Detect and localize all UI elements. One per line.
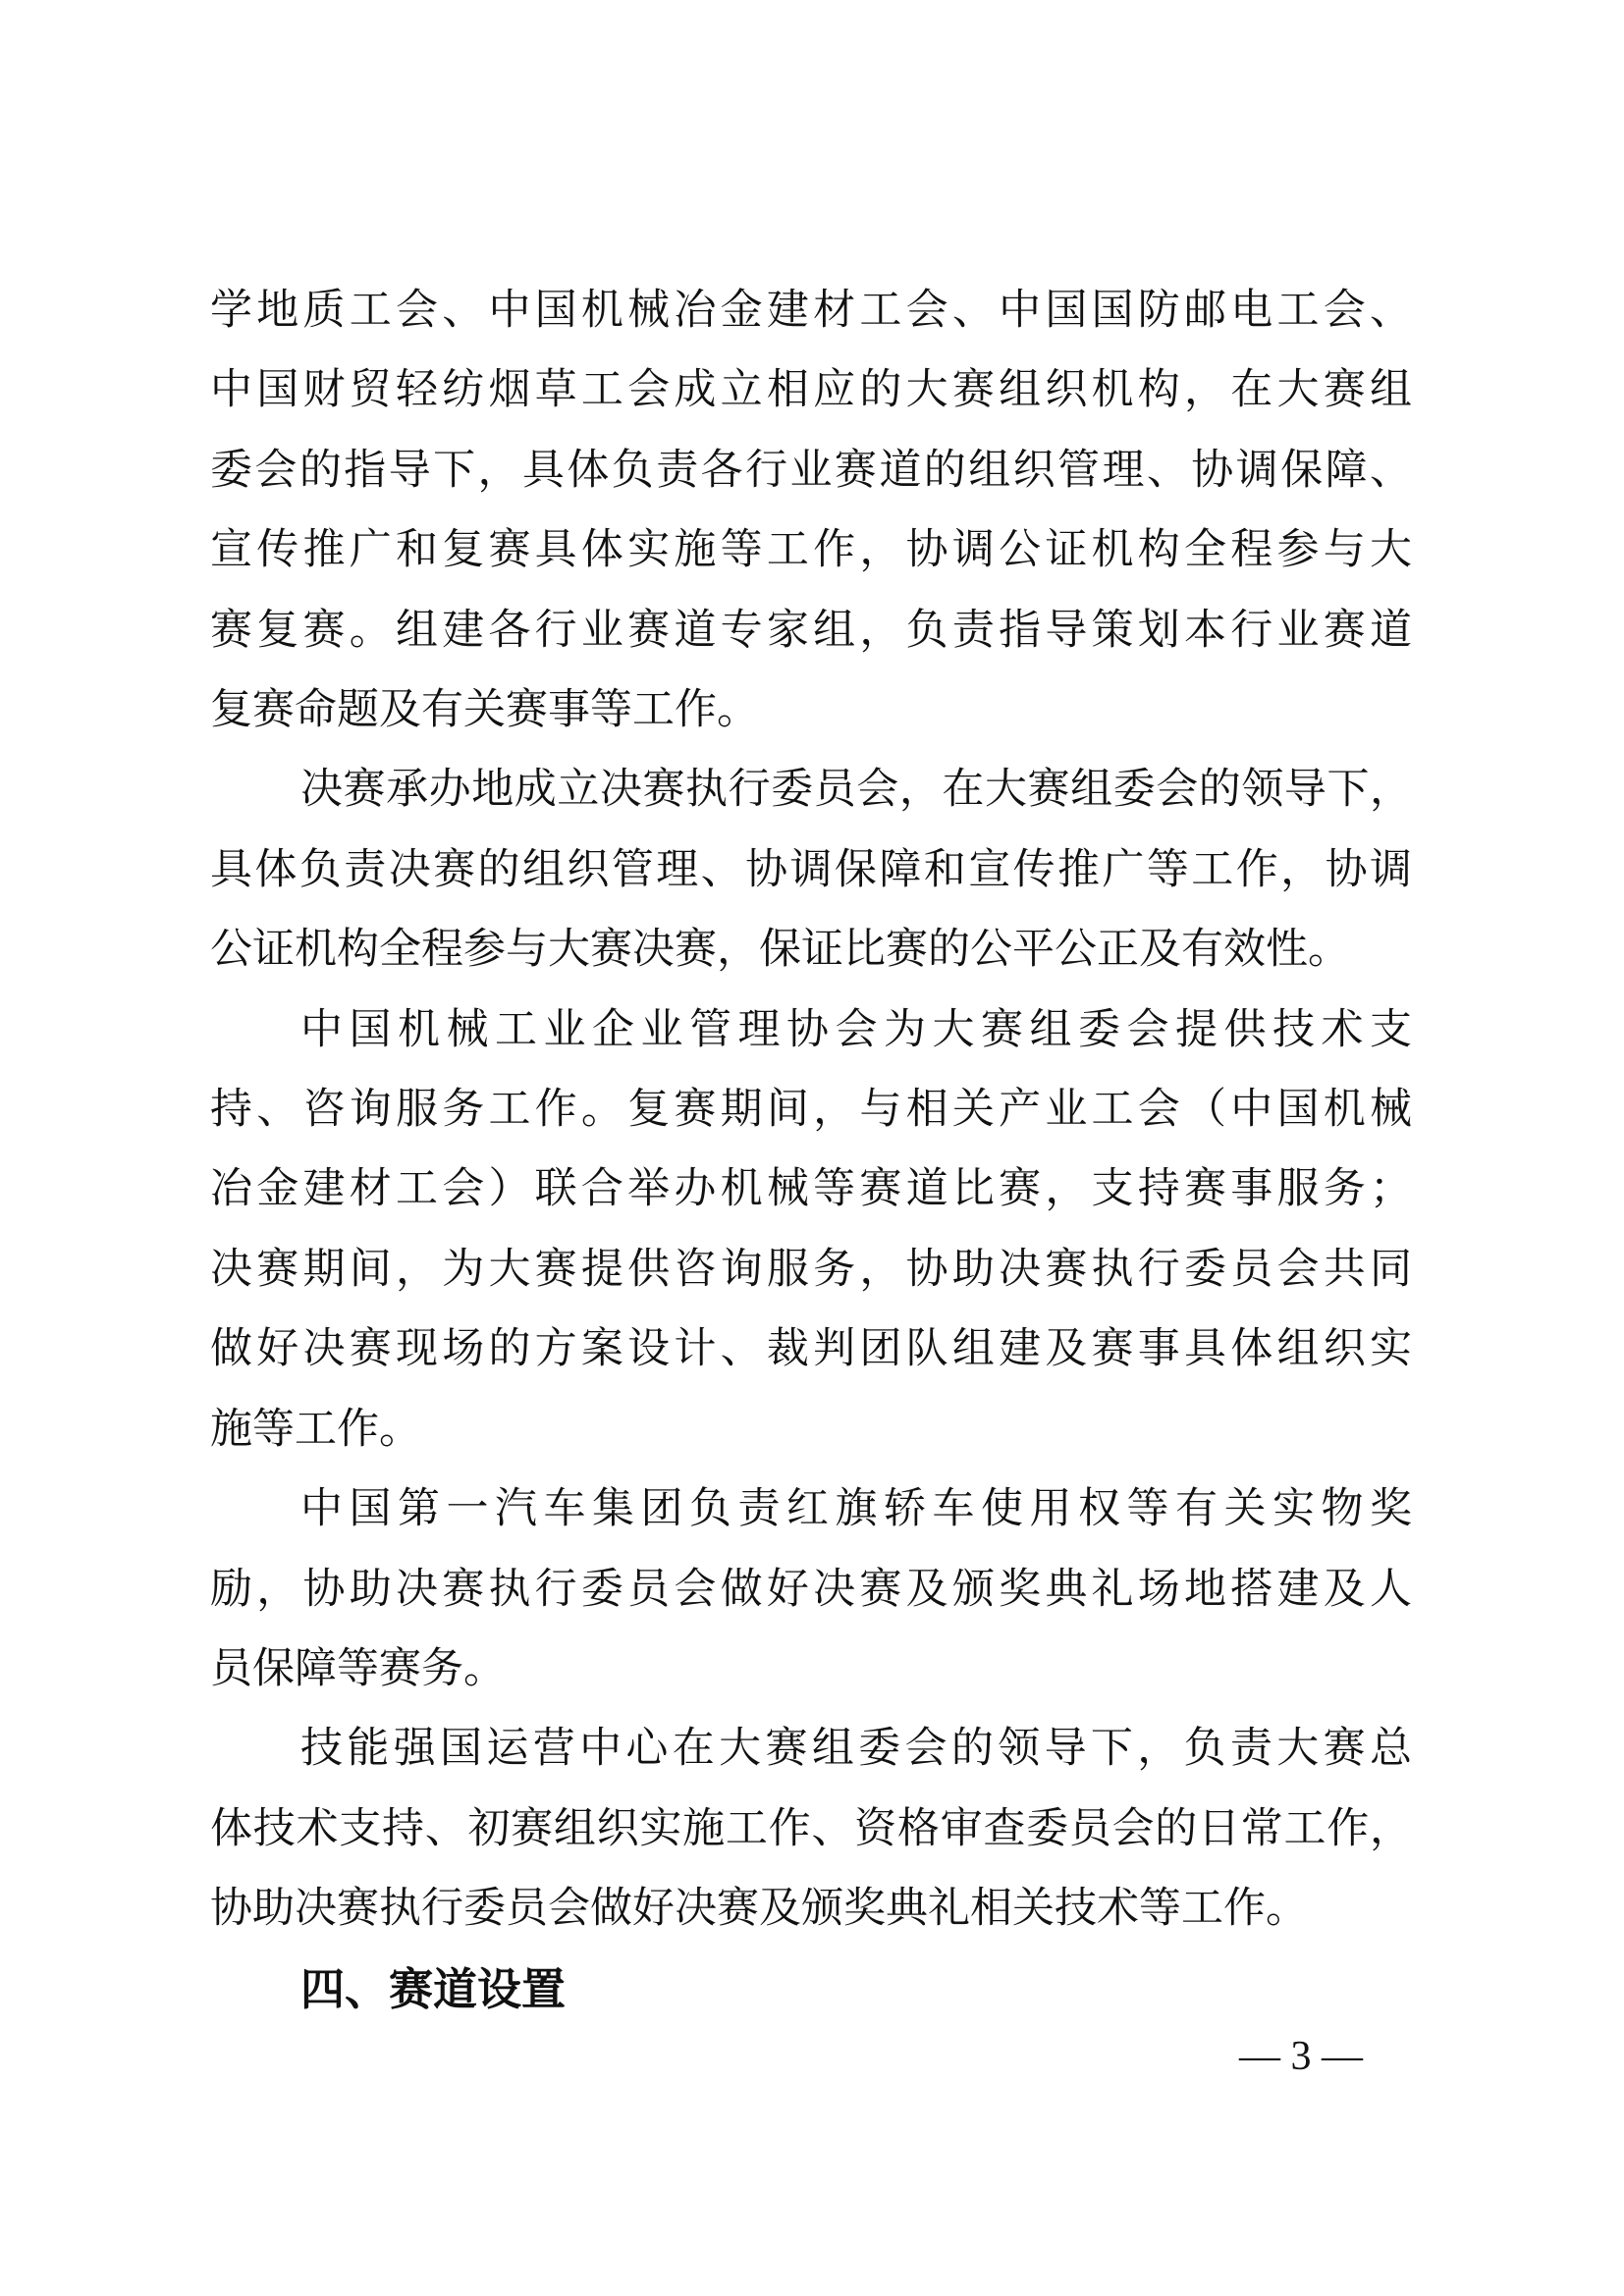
page-body-text: 学地质工会、中国机械冶金建材工会、中国国防邮电工会、 中国财贸轻纺烟草工会成立相… <box>210 271 1412 2029</box>
paragraph: 学地质工会、中国机械冶金建材工会、中国国防邮电工会、 中国财贸轻纺烟草工会成立相… <box>210 271 1412 750</box>
text-line: 复赛命题及有关赛事等工作。 <box>210 670 1412 750</box>
paragraph: 技能强国运营中心在大赛组委会的领导下，负责大赛总 体技术支持、初赛组织实施工作、… <box>210 1709 1412 1949</box>
text-line: 技能强国运营中心在大赛组委会的领导下，负责大赛总 <box>210 1709 1412 1789</box>
paragraph: 决赛承办地成立决赛执行委员会，在大赛组委会的领导下， 具体负责决赛的组织管理、协… <box>210 750 1412 989</box>
text-line: 中国机械工业企业管理协会为大赛组委会提供技术支 <box>210 990 1412 1070</box>
text-line: 宣传推广和复赛具体实施等工作，协调公证机构全程参与大 <box>210 510 1412 590</box>
text-line: 励，协助决赛执行委员会做好决赛及颁奖典礼场地搭建及人 <box>210 1550 1412 1629</box>
document-page: 学地质工会、中国机械冶金建材工会、中国国防邮电工会、 中国财贸轻纺烟草工会成立相… <box>0 0 1624 2296</box>
text-line: 委会的指导下，具体负责各行业赛道的组织管理、协调保障、 <box>210 431 1412 510</box>
text-line: 赛复赛。组建各行业赛道专家组，负责指导策划本行业赛道 <box>210 591 1412 670</box>
text-line: 中国第一汽车集团负责红旗轿车使用权等有关实物奖 <box>210 1469 1412 1549</box>
text-line: 协助决赛执行委员会做好决赛及颁奖典礼相关技术等工作。 <box>210 1869 1412 1949</box>
text-line: 学地质工会、中国机械冶金建材工会、中国国防邮电工会、 <box>210 271 1412 350</box>
text-line: 具体负责决赛的组织管理、协调保障和宣传推广等工作，协调 <box>210 830 1412 910</box>
text-line: 施等工作。 <box>210 1390 1412 1469</box>
text-line: 决赛期间，为大赛提供咨询服务，协助决赛执行委员会共同 <box>210 1230 1412 1309</box>
paragraph: 中国机械工业企业管理协会为大赛组委会提供技术支 持、咨询服务工作。复赛期间，与相… <box>210 990 1412 1469</box>
text-line: 持、咨询服务工作。复赛期间，与相关产业工会（中国机械 <box>210 1070 1412 1149</box>
text-line: 决赛承办地成立决赛执行委员会，在大赛组委会的领导下， <box>210 750 1412 829</box>
text-line: 做好决赛现场的方案设计、裁判团队组建及赛事具体组织实 <box>210 1309 1412 1389</box>
text-line: 员保障等赛务。 <box>210 1629 1412 1709</box>
text-line: 冶金建材工会）联合举办机械等赛道比赛，支持赛事服务； <box>210 1149 1412 1229</box>
text-line: 中国财贸轻纺烟草工会成立相应的大赛组织机构，在大赛组 <box>210 350 1412 430</box>
page-number: — 3 — <box>1239 2034 1363 2079</box>
paragraph: 中国第一汽车集团负责红旗轿车使用权等有关实物奖 励，协助决赛执行委员会做好决赛及… <box>210 1469 1412 1709</box>
section-heading: 四、赛道设置 <box>210 1949 1412 2029</box>
text-line: 体技术支持、初赛组织实施工作、资格审查委员会的日常工作， <box>210 1789 1412 1869</box>
text-line: 公证机构全程参与大赛决赛，保证比赛的公平公正及有效性。 <box>210 910 1412 989</box>
